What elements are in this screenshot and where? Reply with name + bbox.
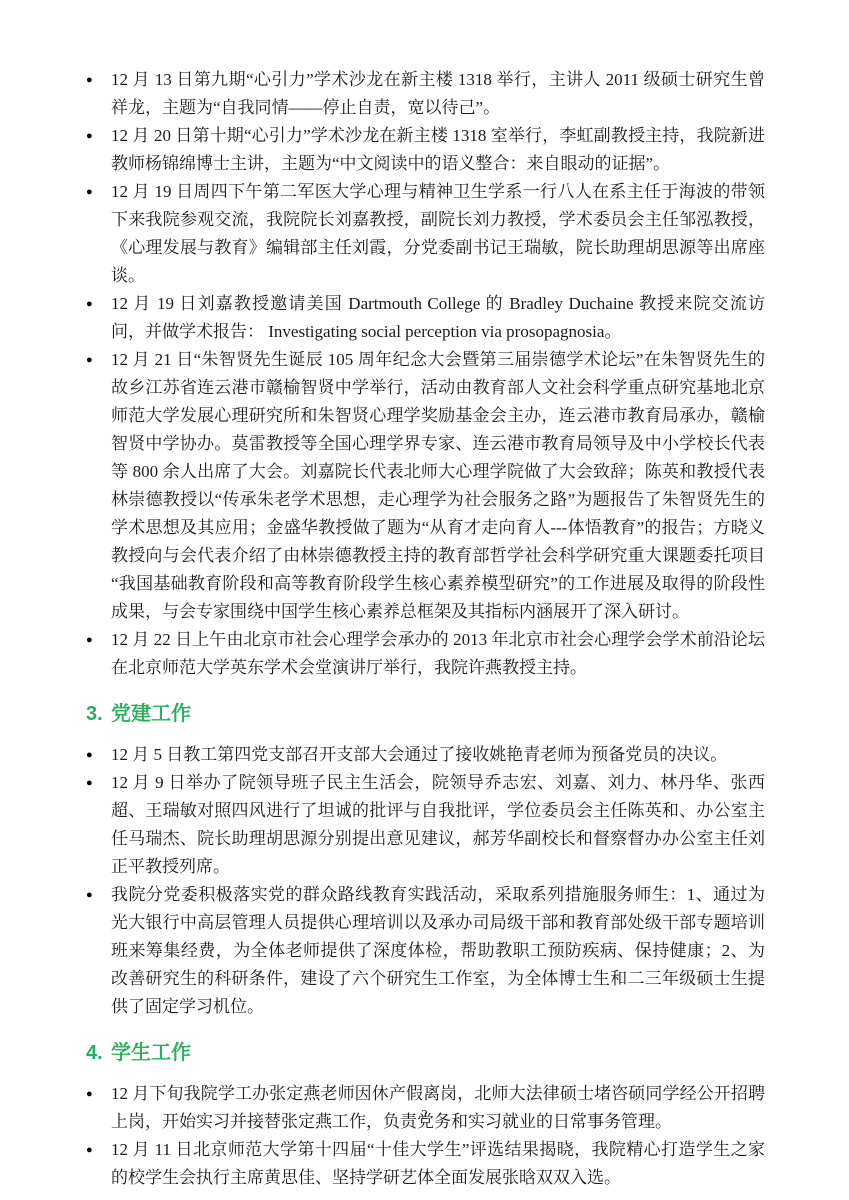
list-item-text: 12 月 19 日周四下午第二军医大学心理与精神卫生学系一行八人在系主任于海波的… [111, 178, 765, 290]
list-item-text: 12 月 22 日上午由北京市社会心理学会承办的 2013 年北京市社会心理学会… [111, 626, 765, 682]
list-item: ● 12 月 5 日教工第四党支部召开支部大会通过了接收姚艳青老师为预备党员的决… [86, 741, 765, 769]
bullet-icon: ● [86, 346, 111, 626]
list-item-text: 12 月 19 日刘嘉教授邀请美国 Dartmouth College 的 Br… [111, 290, 765, 346]
bullet-icon: ● [86, 290, 111, 346]
list-item-text: 12 月 5 日教工第四党支部召开支部大会通过了接收姚艳青老师为预备党员的决议。 [111, 741, 765, 769]
section-heading-student-work: 4. 学生工作 [86, 1039, 765, 1067]
list-item-text: 我院分党委积极落实党的群众路线教育实践活动，采取系列措施服务师生：1、通过为光大… [111, 881, 765, 1021]
bullet-icon: ● [86, 881, 111, 1021]
bullet-icon: ● [86, 66, 111, 122]
section-title: 学生工作 [111, 1039, 765, 1067]
list-item: ● 12 月 19 日周四下午第二军医大学心理与精神卫生学系一行八人在系主任于海… [86, 178, 765, 290]
list-item: ● 12 月 21 日“朱智贤先生诞辰 105 周年纪念大会暨第三届崇德学术论坛… [86, 346, 765, 626]
bullet-icon: ● [86, 1136, 111, 1192]
list-item-text: 12 月 20 日第十期“心引力”学术沙龙在新主楼 1318 室举行，李虹副教授… [111, 122, 765, 178]
list-item: ● 我院分党委积极落实党的群众路线教育实践活动，采取系列措施服务师生：1、通过为… [86, 881, 765, 1021]
list-item: ● 12 月 11 日北京师范大学第十四届“十佳大学生”评选结果揭晓，我院精心打… [86, 1136, 765, 1192]
list-item-text: 12 月 9 日举办了院领导班子民主生活会，院领导乔志宏、刘嘉、刘力、林丹华、张… [111, 769, 765, 881]
list-item: ● 12 月 20 日第十期“心引力”学术沙龙在新主楼 1318 室举行，李虹副… [86, 122, 765, 178]
document-page: ● 12 月 13 日第九期“心引力”学术沙龙在新主楼 1318 举行，主讲人 … [0, 0, 849, 1200]
bullet-icon: ● [86, 626, 111, 682]
bullet-icon: ● [86, 122, 111, 178]
section-title: 党建工作 [111, 700, 765, 728]
list-item: ● 12 月 13 日第九期“心引力”学术沙龙在新主楼 1318 举行，主讲人 … [86, 66, 765, 122]
section-heading-party-work: 3. 党建工作 [86, 700, 765, 728]
bullet-icon: ● [86, 178, 111, 290]
list-item: ● 12 月 19 日刘嘉教授邀请美国 Dartmouth College 的 … [86, 290, 765, 346]
list-item: ● 12 月 9 日举办了院领导班子民主生活会，院领导乔志宏、刘嘉、刘力、林丹华… [86, 769, 765, 881]
list-item: ● 12 月 22 日上午由北京市社会心理学会承办的 2013 年北京市社会心理… [86, 626, 765, 682]
party-work-list: ● 12 月 5 日教工第四党支部召开支部大会通过了接收姚艳青老师为预备党员的决… [86, 741, 765, 1021]
bullet-icon: ● [86, 769, 111, 881]
section-number: 4. [86, 1039, 111, 1067]
academic-activities-list: ● 12 月 13 日第九期“心引力”学术沙龙在新主楼 1318 举行，主讲人 … [86, 66, 765, 682]
page-content: ● 12 月 13 日第九期“心引力”学术沙龙在新主楼 1318 举行，主讲人 … [0, 0, 849, 1192]
list-item-text: 12 月 21 日“朱智贤先生诞辰 105 周年纪念大会暨第三届崇德学术论坛”在… [111, 346, 765, 626]
student-work-list: ● 12 月下旬我院学工办张定燕老师因休产假离岗，北师大法律硕士堵咨硕同学经公开… [86, 1080, 765, 1192]
list-item-text: 12 月 11 日北京师范大学第十四届“十佳大学生”评选结果揭晓，我院精心打造学… [111, 1136, 765, 1192]
list-item-text: 12 月 13 日第九期“心引力”学术沙龙在新主楼 1318 举行，主讲人 20… [111, 66, 765, 122]
bullet-icon: ● [86, 741, 111, 769]
page-number: 2 [0, 1106, 849, 1126]
section-number: 3. [86, 700, 111, 728]
